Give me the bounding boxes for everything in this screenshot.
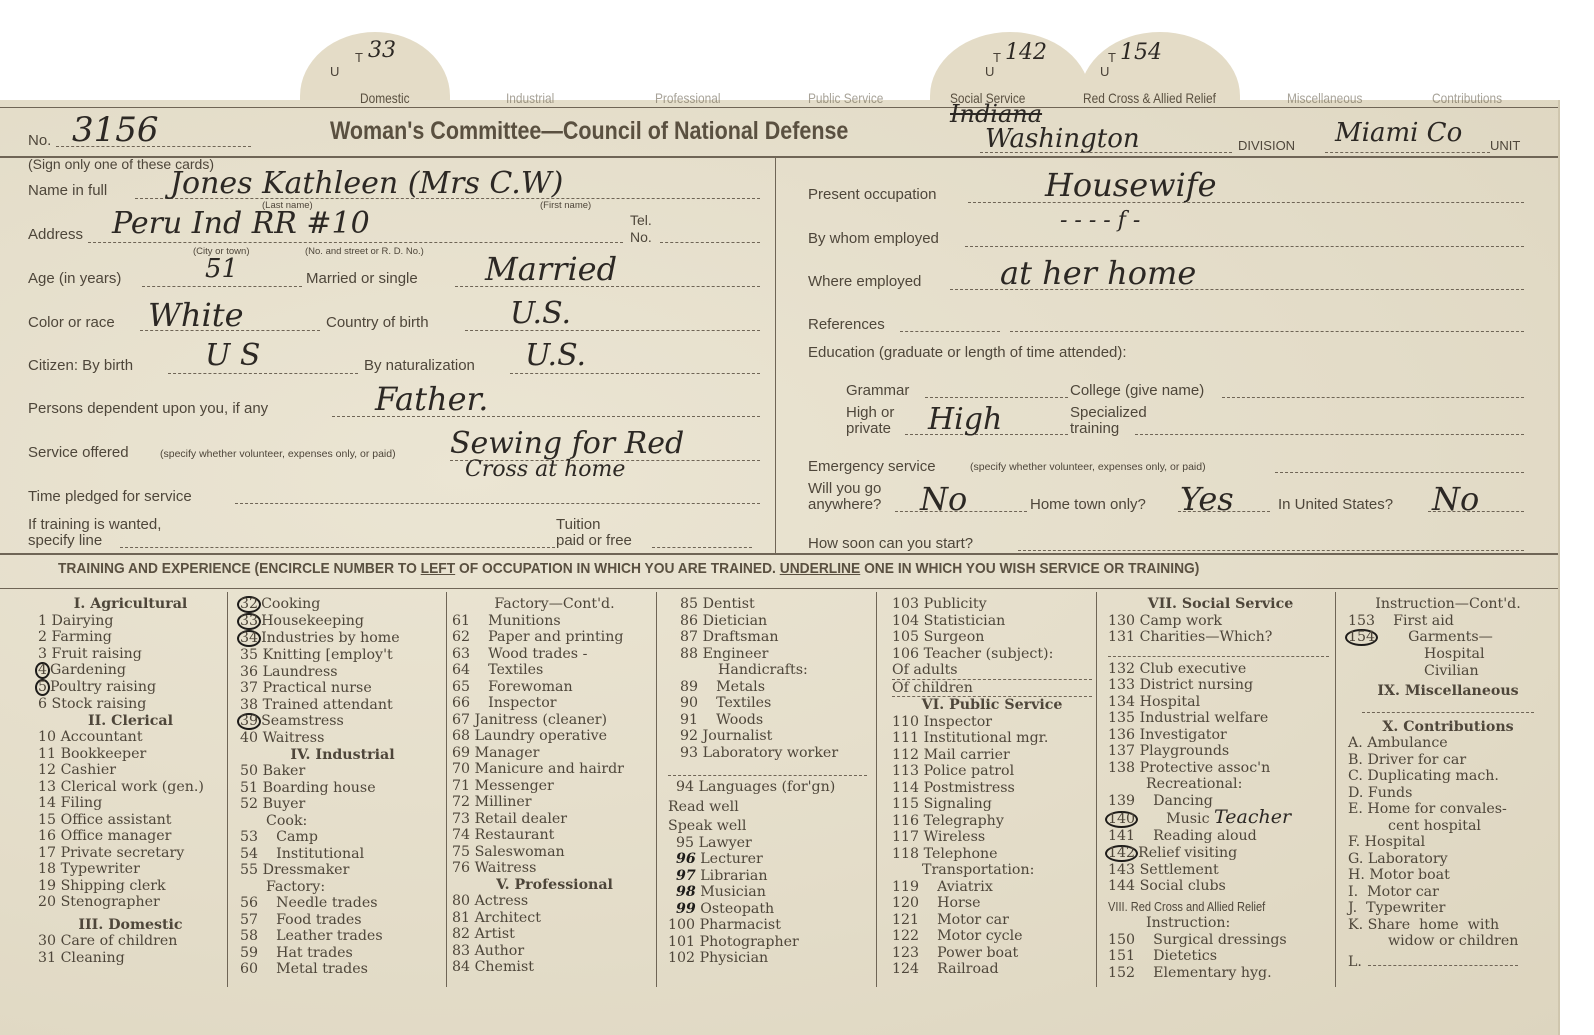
address-line[interactable] [88,242,623,243]
employer-label: By whom employed [808,230,939,247]
list-item[interactable]: 58 Leather trades [240,928,445,945]
list-item[interactable]: 123 Power boat [892,945,1092,962]
training-column-6: VII. Social Service 130 Camp work 131 Ch… [1108,596,1333,981]
section-heading: II. Clerical [38,713,223,730]
training-column-4: 85 Dentist 86 Dietician 87 Draftsman 88 … [668,596,873,967]
column-divider [446,592,447,987]
blank-line [1108,646,1329,657]
list-item[interactable]: G. Laboratory [1348,851,1548,868]
emergency-label: Emergency service [808,458,936,475]
list-item[interactable]: 69 Manager [452,745,657,762]
list-item-circled[interactable]: 142Relief visiting [1108,845,1333,862]
inked-number: 96 [676,851,696,867]
banner-text: TRAINING AND EXPERIENCE (ENCIRCLE NUMBER… [58,560,421,577]
training-column-7: Instruction—Cont'd. 153 First aid 154Gar… [1348,596,1548,970]
address-label: Address [28,226,83,243]
specialized-label-1: Specialized [1070,404,1147,421]
unit-value: Miami Co [1335,118,1462,148]
circled-number: 32 [237,596,261,613]
go-anywhere-label-2: anywhere? [808,496,881,513]
list-item[interactable]: 72 Milliner [452,794,657,811]
item-label: Lecturer [700,851,763,867]
read-well-field[interactable]: Read well [668,799,873,816]
unit-line [1325,152,1490,153]
section-heading: X. Contributions [1348,719,1548,736]
go-anywhere-label-1: Will you go [808,480,881,497]
inked-number: 99 [676,901,696,917]
item-label: Poultry raising [50,679,156,695]
service-value-line2: Cross at home [465,457,625,482]
section-heading: Factory—Cont'd. [452,596,657,613]
item-label: Garments— [1378,629,1493,645]
list-item[interactable]: 31 Cleaning [38,950,223,967]
list-item-circled[interactable]: 32Cooking [240,596,445,613]
list-item[interactable]: 10 Accountant [38,729,223,746]
tab-number-social: 142 [1005,40,1047,65]
list-item[interactable]: 40 Waitress [240,730,445,747]
list-item[interactable]: 138 Protective assoc'n [1108,760,1333,777]
start-line[interactable] [1018,550,1524,551]
specialized-label-2: training [1070,420,1119,437]
section-heading: VI. Public Service [892,697,1092,714]
name-value: Jones Kathleen (Mrs C.W) [170,166,563,201]
circled-number: 140 [1105,811,1138,828]
list-item[interactable]: 90 Textiles [668,695,873,712]
list-item[interactable]: 6 Stock raising [38,696,223,713]
item-label: Seamstress [261,713,344,729]
speak-well-field[interactable]: Speak well [668,818,873,835]
list-item[interactable]: 91 Woods [668,712,873,729]
street-hint: (No. and street or R. D. No.) [305,246,424,257]
list-item[interactable]: 17 Private secretary [38,845,223,862]
list-item[interactable]: 121 Motor car [892,912,1092,929]
list-item[interactable]: 66 Inspector [452,695,657,712]
list-item[interactable]: 87 Draftsman [668,629,873,646]
list-item[interactable]: 93 Laboratory worker [668,745,873,762]
item-label: Relief visiting [1138,845,1237,861]
item-label: Music [1138,811,1209,827]
blank-line [668,761,867,776]
go-anywhere-value: No [920,480,967,518]
list-item[interactable]: 35 Knitting [employ't [240,647,445,664]
list-item[interactable]: 86 Dietician [668,613,873,630]
list-item[interactable]: 137 Playgrounds [1108,743,1333,760]
list-item[interactable]: 68 Laundry operative [452,728,657,745]
race-label: Color or race [28,314,115,331]
list-item[interactable]: 130 Camp work [1108,613,1333,630]
time-pledged-line[interactable] [235,503,760,504]
citizen-birth-value: U S [205,338,260,373]
list-item[interactable]: 63 Wood trades - [452,646,657,663]
banner-underline: UNDERLINE [780,560,861,577]
tab-mark-t: T [355,50,363,65]
training-line[interactable] [120,547,555,548]
employer-value: - - - - f - [1060,208,1140,233]
list-item[interactable]: 70 Manicure and hairdr [452,761,657,778]
training-label-1: If training is wanted, [28,516,161,533]
card-number-label: No. [28,132,51,149]
training-label-2: specify line [28,532,102,549]
list-item[interactable]: 151 Dietetics [1108,948,1333,965]
subheading: Transportation: [892,862,1092,879]
tab-number-domestic: 33 [368,38,396,63]
list-item[interactable]: 16 Office manager [38,828,223,845]
list-item[interactable]: 85 Dentist [668,596,873,613]
list-item-inked[interactable]: 98 Musician [668,884,873,901]
list-item[interactable]: E. Home for convales- [1348,801,1548,818]
list-item[interactable]: 14 Filing [38,795,223,812]
list-item[interactable]: 20 Stenographer [38,894,223,911]
tel-label: Tel. [630,212,652,228]
item-label: Housekeeping [261,613,364,629]
dependents-value: Father. [375,380,488,418]
high-label-2: private [846,420,891,437]
list-item[interactable]: H. Motor boat [1348,867,1548,884]
tab-mark-t: T [1108,50,1116,65]
tab-label-domestic: Domestic [360,90,410,106]
list-item[interactable]: 112 Mail carrier [892,747,1092,764]
subheading: Factory: [240,879,445,896]
inked-number: 98 [676,884,696,900]
subheading: Recreational: [1108,776,1333,793]
list-item[interactable]: 141 Reading aloud [1108,828,1333,845]
age-value: 51 [205,254,238,284]
tab-mark-u: U [330,64,339,79]
list-item[interactable]: 76 Waitress [452,860,657,877]
dependents-label: Persons dependent upon you, if any [28,400,268,417]
high-value: High [928,402,1002,437]
list-item[interactable]: 116 Telegraphy [892,813,1092,830]
training-column-5: 103 Publicity 104 Statistician 105 Surge… [892,596,1092,978]
item-label: Osteopath [700,901,774,917]
section-heading: IX. Miscellaneous [1348,683,1548,700]
list-item[interactable]: 60 Metal trades [240,961,445,978]
list-item-circled[interactable]: 33Housekeeping [240,613,445,630]
list-item[interactable]: 102 Physician [668,950,873,967]
list-item[interactable]: 133 District nursing [1108,677,1333,694]
list-item[interactable]: 11 Bookkeeper [38,746,223,763]
tab-label-public-service: Public Service [808,90,883,106]
tab-mark-u: U [1100,64,1109,79]
country-label: Country of birth [326,314,429,331]
married-label: Married or single [306,270,418,287]
college-label: College (give name) [1070,382,1204,399]
list-item[interactable]: B. Driver for car [1348,752,1548,769]
list-item[interactable]: D. Funds [1348,785,1548,802]
column-divider [876,592,877,987]
list-item[interactable]: 134 Hospital [1108,694,1333,711]
list-item[interactable]: 65 Forewoman [452,679,657,696]
education-label: Education (graduate or length of time at… [808,344,1127,361]
race-value: White [148,296,244,334]
list-item[interactable]: 143 Settlement [1108,862,1333,879]
list-item[interactable]: 37 Practical nurse [240,680,445,697]
section-heading: I. Agricultural [38,596,223,613]
list-item[interactable]: 83 Author [452,943,657,960]
hometown-value: Yes [1180,480,1234,518]
where-employed-label: Where employed [808,273,921,290]
list-item[interactable]: 2 Farming [38,629,223,646]
list-item[interactable]: 38 Trained attendant [240,697,445,714]
divider [0,107,1558,108]
list-item-circled[interactable]: 5Poultry raising [38,679,223,696]
of-adults-field[interactable]: Of adults [892,662,1092,680]
list-item[interactable]: 84 Chemist [452,959,657,976]
references-line-1[interactable] [900,331,1000,332]
section-heading: III. Domestic [38,917,223,934]
tuition-label-2: paid or free [556,532,632,549]
list-item[interactable]: I. Motor car [1348,884,1548,901]
list-item[interactable]: 3 Fruit raising [38,646,223,663]
list-item[interactable]: 55 Dressmaker [240,862,445,879]
tab-mark-t: T [993,50,1001,65]
list-item[interactable]: 36 Laundress [240,664,445,681]
list-item[interactable]: 115 Signaling [892,796,1092,813]
tab-label-industrial: Industrial [506,90,554,106]
list-item[interactable]: 71 Messenger [452,778,657,795]
list-item[interactable]: C. Duplicating mach. [1348,768,1548,785]
list-item[interactable]: 153 First aid [1348,613,1548,630]
item-label: Cooking [261,596,320,612]
tab-mark-u: U [985,64,994,79]
tab-label-professional: Professional [655,90,720,106]
list-item[interactable]: 15 Office assistant [38,812,223,829]
item-label: Musician [700,884,766,900]
training-column-2: 32Cooking 33Housekeeping 34Industries by… [240,596,445,978]
division-value: Washington [985,124,1140,154]
circled-number: 142 [1105,845,1138,862]
list-item[interactable]: 18 Typewriter [38,861,223,878]
first-name-hint: (First name) [540,200,591,211]
naturalization-line[interactable] [510,373,760,374]
list-item[interactable]: 54 Institutional [240,846,445,863]
section-heading: Instruction—Cont'd. [1348,596,1548,613]
division-line [980,152,1232,153]
list-item-circled[interactable]: 39Seamstress [240,713,445,730]
column-divider [227,592,228,987]
grammar-label: Grammar [846,382,909,399]
of-children-field[interactable]: Of children [892,680,1092,698]
banner-left: LEFT [421,560,456,577]
list-item[interactable]: 101 Photographer [668,934,873,951]
list-item[interactable]: 73 Retail dealer [452,811,657,828]
list-item[interactable]: 56 Needle trades [240,895,445,912]
list-item[interactable]: 80 Actress [452,893,657,910]
list-item[interactable]: 144 Social clubs [1108,878,1333,895]
list-item[interactable]: 51 Boarding house [240,780,445,797]
training-banner: TRAINING AND EXPERIENCE (ENCIRCLE NUMBER… [58,560,1199,577]
list-item[interactable]: J. Typewriter [1348,900,1548,917]
item-label: L. [1348,954,1362,970]
college-line[interactable] [1222,397,1524,398]
list-item[interactable]: 53 Camp [240,829,445,846]
list-item[interactable]: 75 Saleswoman [452,844,657,861]
list-item-circled[interactable]: 4Gardening [38,662,223,679]
service-hint: (specify whether volunteer, expenses onl… [160,448,396,460]
list-item[interactable]: 81 Architect [452,910,657,927]
hometown-label: Home town only? [1030,496,1146,513]
section-heading: VIII. Red Cross and Allied Relief [1108,899,1299,916]
references-line-2[interactable] [1010,331,1524,332]
divider [0,156,1558,158]
naturalization-label: By naturalization [364,357,475,374]
circled-number: 33 [237,613,261,630]
us-value: No [1432,480,1479,518]
list-item[interactable]: L. [1348,954,1548,971]
section-heading: VII. Social Service [1108,596,1333,613]
list-item[interactable]: 104 Statistician [892,613,1092,630]
section-heading: IV. Industrial [240,747,445,764]
subheading: Cook: [240,813,445,830]
list-item[interactable]: 95 Lawyer [668,835,873,852]
list-item[interactable]: 131 Charities—Which? [1108,629,1333,646]
list-item[interactable]: 118 Telephone [892,846,1092,863]
section-heading: V. Professional [452,877,657,894]
list-item[interactable]: 113 Police patrol [892,763,1092,780]
tel-no-label: No. [630,229,652,245]
list-item[interactable]: 135 Industrial welfare [1108,710,1333,727]
list-item[interactable]: 94 Languages (for'gn) [668,779,873,796]
item-label: Industries by home [261,630,400,646]
married-value: Married [485,250,617,288]
list-item[interactable]: 62 Paper and printing [452,629,657,646]
list-item[interactable]: 19 Shipping clerk [38,878,223,895]
list-item[interactable]: 103 Publicity [892,596,1092,613]
list-item-inked[interactable]: 96 Lecturer [668,851,873,868]
list-item[interactable]: 100 Pharmacist [668,917,873,934]
list-item-inked[interactable]: 99 Osteopath [668,901,873,918]
list-item[interactable]: 122 Motor cycle [892,928,1092,945]
tab-label-red-cross: Red Cross & Allied Relief [1083,90,1216,106]
emergency-line[interactable] [1275,472,1524,473]
list-item-circled[interactable]: 140Music Teacher [1108,809,1333,828]
country-value: U.S. [510,296,571,331]
list-item[interactable]: F. Hospital [1348,834,1548,851]
citizen-birth-line[interactable] [168,373,358,374]
specialized-line[interactable] [1135,434,1524,435]
list-item[interactable]: 12 Cashier [38,762,223,779]
list-item[interactable]: 117 Wireless [892,829,1092,846]
list-item[interactable]: 89 Metals [668,679,873,696]
divider [0,588,1558,589]
column-divider [775,158,776,553]
time-pledged-label: Time pledged for service [28,488,192,505]
address-value: Peru Ind RR #10 [112,206,370,241]
blank-line [1368,965,1518,966]
employer-line[interactable] [965,246,1524,247]
list-item[interactable]: 59 Hat trades [240,945,445,962]
list-item[interactable]: 92 Journalist [668,728,873,745]
unit-label: UNIT [1490,138,1520,153]
tel-line[interactable] [660,242,760,243]
card-number-value: 3156 [72,110,159,150]
list-item[interactable]: A. Ambulance [1348,735,1548,752]
list-item[interactable]: 114 Postmistress [892,780,1092,797]
list-item[interactable]: 105 Surgeon [892,629,1092,646]
list-item[interactable]: 132 Club executive [1108,661,1333,678]
division-label: DIVISION [1238,138,1295,153]
age-line[interactable] [142,286,302,287]
list-item[interactable]: K. Share home with [1348,917,1548,934]
list-item[interactable]: 120 Horse [892,895,1092,912]
list-item[interactable]: 67 Janitress (cleaner) [452,712,657,729]
list-item[interactable]: 152 Elementary hyg. [1108,965,1333,982]
list-item[interactable]: 74 Restaurant [452,827,657,844]
citizen-birth-label: Citizen: By birth [28,357,133,374]
list-item[interactable]: 88 Engineer [668,646,873,663]
occupation-label: Present occupation [808,186,936,203]
list-item-inked[interactable]: 97 Librarian [668,868,873,885]
card-title: Woman's Committee—Council of National De… [330,117,848,146]
name-label: Name in full [28,182,107,199]
circled-number: 4 [35,662,50,679]
list-item-circled[interactable]: 34Industries by home [240,630,445,647]
emergency-hint: (specify whether volunteer, expenses onl… [970,461,1206,473]
tab-label-contributions: Contributions [1432,90,1502,106]
training-column-1: I. Agricultural 1 Dairying 2 Farming 3 F… [38,596,223,966]
list-item[interactable]: 50 Baker [240,763,445,780]
subheading: Instruction: [1108,915,1333,932]
circled-number: 5 [35,679,50,696]
sub-item[interactable]: Civilian [1348,663,1548,680]
tuition-line[interactable] [652,547,752,548]
grammar-line[interactable] [925,397,1068,398]
list-item[interactable]: 150 Surgical dressings [1108,932,1333,949]
list-item[interactable]: 64 Textiles [452,662,657,679]
list-item[interactable]: 124 Railroad [892,961,1092,978]
list-item[interactable]: 111 Institutional mgr. [892,730,1092,747]
list-item[interactable]: 119 Aviatrix [892,879,1092,896]
banner-text: OF OCCUPATION IN WHICH YOU ARE TRAINED. [455,560,780,577]
list-item-cont: cent hospital [1348,818,1548,835]
blank-line [1362,700,1534,713]
naturalization-value: U.S. [525,338,586,373]
handwritten-note: Teacher [1214,806,1291,828]
list-item[interactable]: 52 Buyer [240,796,445,813]
circled-number: 34 [237,630,261,647]
high-label-1: High or [846,404,894,421]
inked-number: 97 [676,868,696,884]
list-item[interactable]: 61 Munitions [452,613,657,630]
sub-item[interactable]: Hospital [1348,646,1548,663]
service-value-line1: Sewing for Red [450,426,684,461]
list-item[interactable]: 13 Clerical work (gen.) [38,779,223,796]
list-item[interactable]: 1 Dairying [38,613,223,630]
references-label: References [808,316,885,333]
occupation-value: Housewife [1045,166,1217,204]
list-item[interactable]: 57 Food trades [240,912,445,929]
column-divider [1335,592,1336,987]
tab-number-redcross: 154 [1120,40,1162,65]
list-item[interactable]: 110 Inspector [892,714,1092,731]
tuition-label-1: Tuition [556,516,600,533]
training-column-3: Factory—Cont'd. 61 Munitions 62 Paper an… [452,596,657,976]
circled-number: 39 [237,713,261,730]
list-item[interactable]: 136 Investigator [1108,727,1333,744]
start-label: How soon can you start? [808,535,973,552]
us-label: In United States? [1278,496,1393,513]
list-item[interactable]: 82 Artist [452,926,657,943]
service-label: Service offered [28,444,129,461]
list-item-cont: widow or children [1348,933,1548,950]
list-item[interactable]: 30 Care of children [38,933,223,950]
where-employed-value: at her home [1000,254,1196,292]
divider [0,553,1558,555]
list-item[interactable]: 106 Teacher (subject): [892,646,1092,663]
list-item-circled[interactable]: 154Garments— [1348,629,1548,646]
tab-label-miscellaneous: Miscellaneous [1287,90,1362,106]
item-label: Librarian [700,868,767,884]
